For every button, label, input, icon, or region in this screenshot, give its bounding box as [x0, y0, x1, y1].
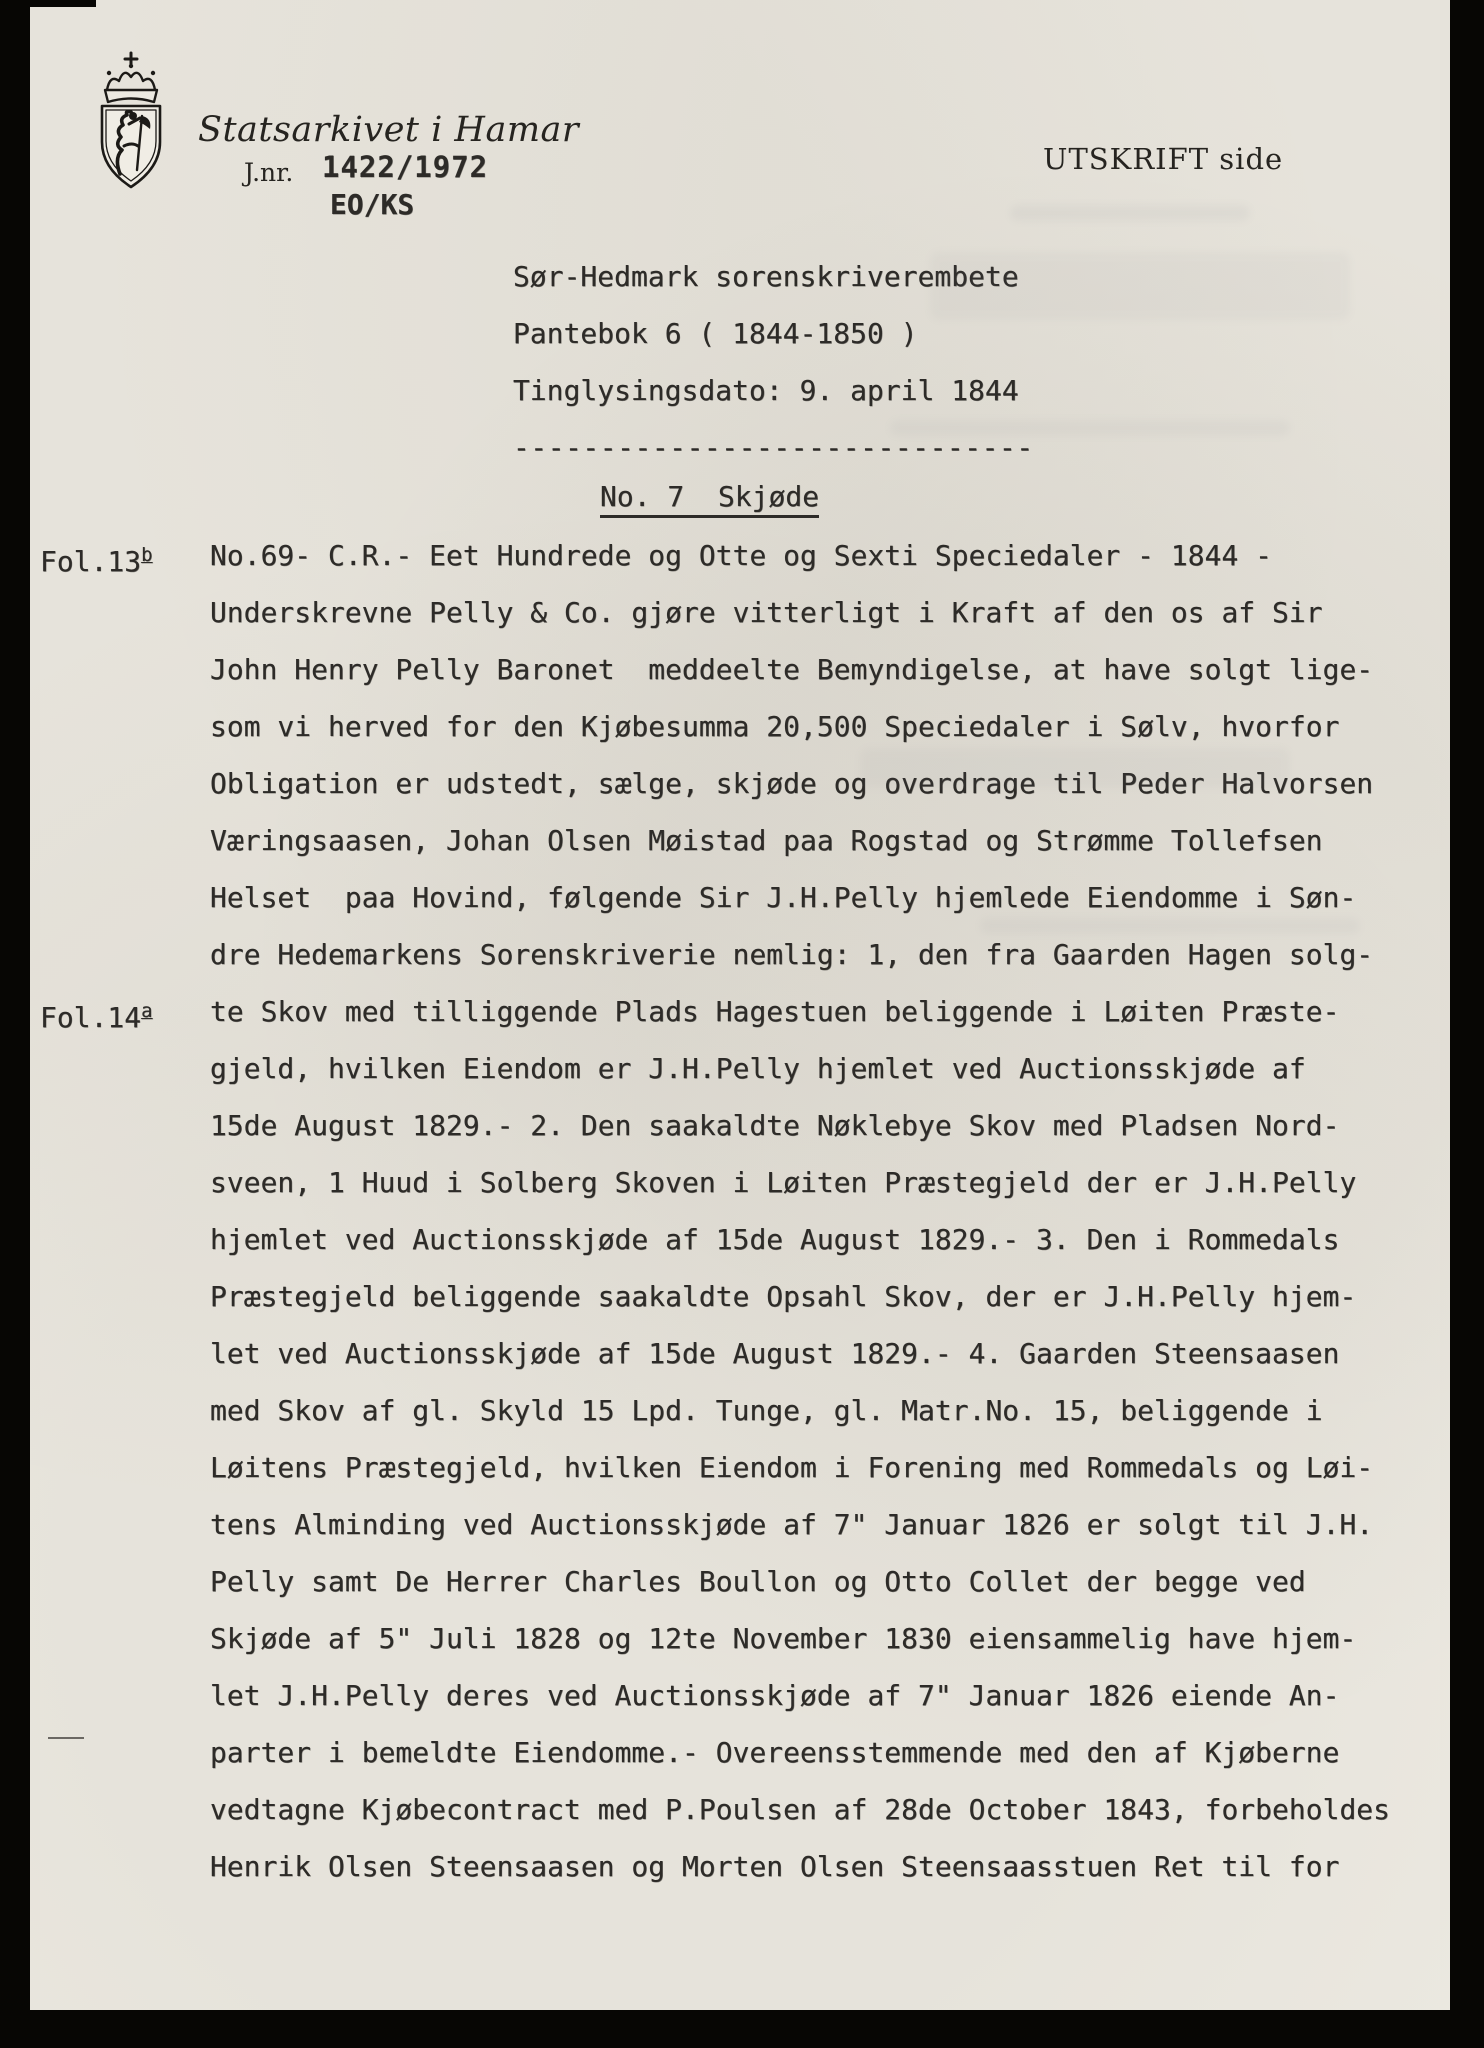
typewritten-line: 15de August 1829.- 2. Den saakaldte Nøkl…	[210, 1097, 1410, 1154]
typewritten-line: te Skov med tilliggende Plads Hagestuen …	[210, 983, 1410, 1040]
typewritten-line: Underskrevne Pelly & Co. gjøre vitterlig…	[210, 584, 1410, 641]
folio-note-sup: a	[141, 1000, 152, 1022]
journal-number-label: J.nr.	[244, 158, 293, 187]
bleed-through-mark	[930, 252, 1350, 320]
typewritten-line: Henrik Olsen Steensaasen og Morten Olsen…	[210, 1838, 1410, 1895]
folio-note-14a: Fol.14a	[40, 983, 153, 1040]
typewritten-line: dre Hedemarkens Sorenskriverie nemlig: 1…	[210, 926, 1410, 983]
folio-note-label: Fol.14	[40, 1001, 141, 1034]
typewritten-line: Løitens Præstegjeld, hvilken Eiendom i F…	[210, 1439, 1410, 1496]
typewritten-line: Væringsaasen, Johan Olsen Møistad paa Ro…	[210, 812, 1410, 869]
scanned-archive-page: { "header": { "archive_name": "Statsarki…	[0, 0, 1484, 2048]
typewritten-line: tens Alminding ved Auctionsskjøde af 7" …	[210, 1496, 1410, 1553]
typewritten-line: let ved Auctionsskjøde af 15de August 18…	[210, 1325, 1410, 1382]
scanner-edge-shadow	[0, 0, 96, 7]
typewritten-line: Skjøde af 5" Juli 1828 og 12te November …	[210, 1610, 1410, 1667]
bleed-through-mark	[1010, 205, 1250, 221]
typewritten-line: som vi herved for den Kjøbesumma 20,500 …	[210, 698, 1410, 755]
folio-note-sup: b	[141, 544, 152, 566]
typewritten-line: gjeld, hvilken Eiendom er J.H.Pelly hjem…	[210, 1040, 1410, 1097]
typewritten-line: hjemlet ved Auctionsskjøde af 15de Augus…	[210, 1211, 1410, 1268]
bleed-through-mark	[860, 748, 1290, 788]
entry-heading: No. 7 Skjøde	[600, 482, 819, 518]
typewritten-line: Præstegjeld beliggende saakaldte Opsahl …	[210, 1268, 1410, 1325]
margin-dash-mark	[48, 1737, 84, 1739]
journal-number-value: 1422/1972	[322, 150, 488, 184]
folio-note-label: Fol.13	[40, 545, 141, 578]
reference-code: EO/KS	[330, 188, 414, 221]
archive-name: Statsarkivet i Hamar	[198, 110, 579, 150]
typewritten-line: med Skov af gl. Skyld 15 Lpd. Tunge, gl.…	[210, 1382, 1410, 1439]
folio-note-13b: Fol.13b	[40, 527, 153, 584]
typewritten-line: No.69- C.R.- Eet Hundrede og Otte og Sex…	[210, 527, 1410, 584]
typewritten-line: sveen, 1 Huud i Solberg Skoven i Løiten …	[210, 1154, 1410, 1211]
utskrift-label: UTSKRIFT side	[1043, 142, 1283, 176]
bleed-through-mark	[890, 420, 1290, 436]
bleed-through-mark	[980, 918, 1360, 934]
document-page: Statsarkivet i Hamar J.nr. 1422/1972 EO/…	[30, 0, 1450, 2010]
transcript-body: No.69- C.R.- Eet Hundrede og Otte og Sex…	[210, 527, 1410, 1895]
registration-date: Tinglysingsdato: 9. april 1844	[513, 362, 1034, 419]
typewritten-line: let J.H.Pelly deres ved Auctionsskjøde a…	[210, 1667, 1410, 1724]
typewritten-line: Pelly samt De Herrer Charles Boullon og …	[210, 1553, 1410, 1610]
typewritten-line: vedtagne Kjøbecontract med P.Poulsen af …	[210, 1781, 1410, 1838]
coat-of-arms-icon	[75, 50, 187, 192]
typewritten-line: John Henry Pelly Baronet meddeelte Bemyn…	[210, 641, 1410, 698]
typewritten-line: parter i bemeldte Eiendomme.- Overeensst…	[210, 1724, 1410, 1781]
